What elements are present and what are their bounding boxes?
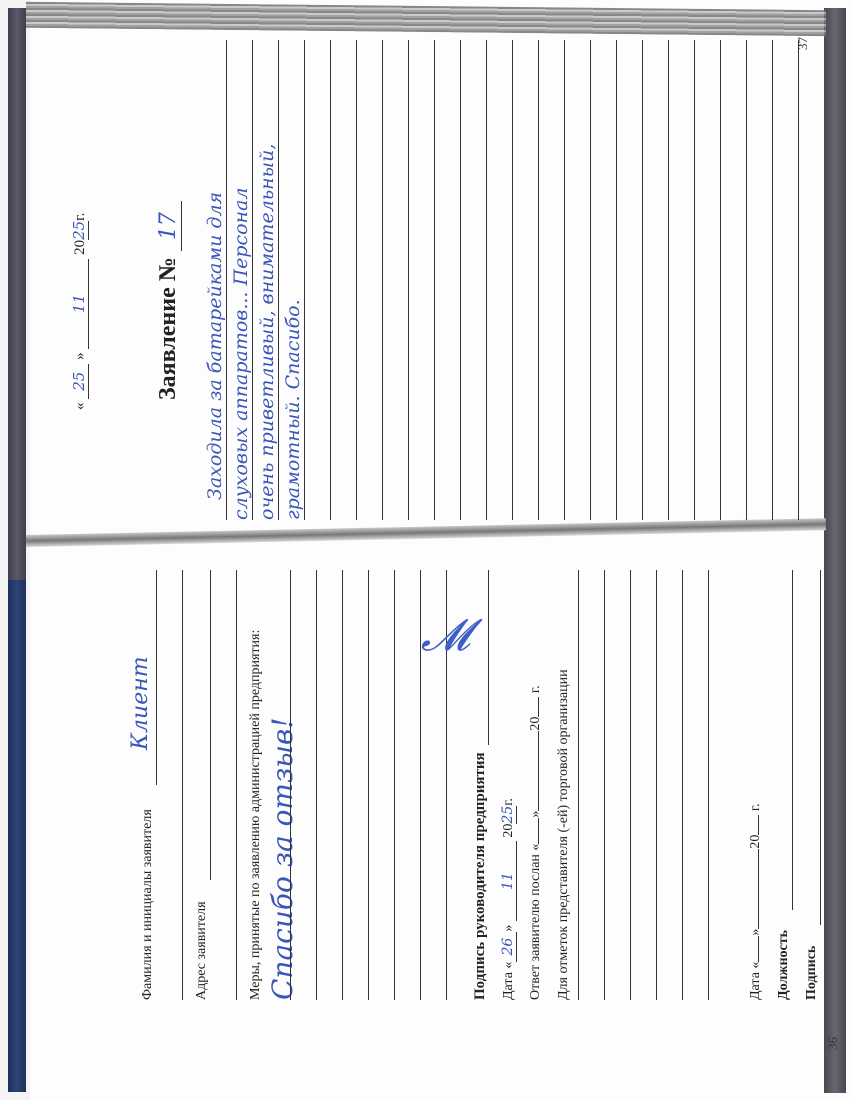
text: Дата «: [748, 962, 763, 1000]
year-unit: г.: [72, 213, 88, 221]
ruled-line: [252, 40, 253, 520]
ruled-line: [330, 40, 331, 520]
complaint-text-line: грамотный. Спасибо.: [280, 40, 306, 520]
label-manager-signature: Подпись руководителя предприятия: [472, 752, 489, 1000]
field-line: [182, 570, 183, 1000]
ruled-line: [368, 570, 369, 1000]
date-month: 11: [500, 841, 517, 921]
ruled-line: [356, 40, 357, 520]
complaint-text-line: Заходила за батарейками для: [202, 20, 228, 500]
label-signature: Подпись: [804, 946, 820, 1000]
ruled-line: [290, 570, 291, 1000]
text: »: [748, 929, 763, 936]
ruled-line: [538, 40, 539, 520]
ruled-line: [408, 40, 409, 520]
ruled-line: [342, 570, 343, 1000]
ruled-line: [460, 40, 461, 520]
quote: »: [72, 352, 88, 360]
ruled-line: [590, 40, 591, 520]
ruled-line: [772, 40, 773, 520]
ruled-line: [668, 40, 669, 520]
field-line: [488, 570, 489, 745]
text: Дата «: [501, 962, 516, 1000]
page-fold-gutter: [26, 518, 826, 547]
reply-sent: Ответ заявителю послан «»20 г.: [528, 685, 544, 1000]
applicant-name-value: Клиент: [128, 656, 153, 750]
notes-date: Дата «»20 г.: [748, 803, 764, 1000]
ruled-line: [642, 40, 643, 520]
label-representative-notes: Для отметок представителя (-ей) торговой…: [556, 669, 572, 1000]
measures-value: Спасибо за отзыв!: [266, 717, 299, 1000]
ruled-line: [708, 570, 709, 1000]
text: 20: [501, 824, 516, 838]
ruled-line: [278, 40, 279, 520]
date-month: 11: [70, 259, 89, 349]
field-line: [236, 570, 237, 1000]
label-applicant-name: Фамилия и инициалы заявителя: [140, 809, 156, 1000]
ruled-line: [682, 570, 683, 1000]
text: 20: [528, 717, 543, 731]
text: г.: [748, 803, 763, 811]
ruled-line: [486, 40, 487, 520]
ruled-line: [694, 40, 695, 520]
decision-date: Дата «26» 11 2025г.: [500, 798, 517, 1000]
title-text: Заявление №: [155, 257, 181, 400]
label-measures-taken: Меры, принятые по заявлению администраци…: [248, 630, 264, 1000]
ruled-line: [656, 570, 657, 1000]
ruled-line: [226, 40, 227, 520]
page-37: « 25 » 11 2025г. Заявление № 17 Заходила…: [60, 30, 820, 520]
year-prefix: 20: [72, 240, 88, 255]
text: Ответ заявителю послан «: [528, 844, 543, 1000]
complaint-text-line: очень приветливый, внимательный,: [254, 40, 280, 520]
text: »: [501, 925, 516, 932]
ruled-line: [578, 570, 579, 1000]
complaint-number: 17: [156, 201, 182, 251]
field-line: [792, 570, 793, 910]
page-number: 36: [825, 1037, 841, 1050]
manager-signature-mark: 𝓜: [421, 610, 470, 661]
label-applicant-address: Адрес заявителя: [194, 901, 210, 1000]
date-year: 25: [70, 221, 89, 240]
field-line: [156, 570, 157, 785]
field-line: [820, 570, 821, 925]
book-cover-edge: [8, 580, 26, 1092]
page-36: Фамилия и инициалы заявителя Клиент Адре…: [120, 560, 830, 1000]
label-position: Должность: [776, 930, 792, 1000]
complaint-title: Заявление № 17: [155, 201, 182, 400]
ruled-line: [604, 570, 605, 1000]
ruled-line: [564, 40, 565, 520]
complaint-date: « 25 » 11 2025г.: [70, 213, 89, 410]
book-spine-top: [8, 8, 26, 608]
ruled-line: [512, 40, 513, 520]
ruled-line: [630, 570, 631, 1000]
complaint-text-line: слуховых аппаратов... Персонал: [228, 40, 254, 520]
text: 20: [748, 835, 763, 849]
date-day: 26: [500, 932, 517, 962]
date-year: 25: [500, 806, 517, 824]
ruled-line: [394, 570, 395, 1000]
ruled-line: [720, 40, 721, 520]
text: г.: [501, 798, 516, 806]
ruled-line: [798, 40, 799, 520]
ruled-line: [434, 40, 435, 520]
ruled-line: [746, 40, 747, 520]
page-number: 37: [795, 37, 811, 50]
text: »: [528, 811, 543, 818]
date-day: 25: [70, 364, 89, 399]
text: г.: [528, 685, 543, 693]
ruled-line: [382, 40, 383, 520]
ruled-line: [616, 40, 617, 520]
ruled-line: [316, 570, 317, 1000]
ruled-line: [304, 40, 305, 520]
field-line: [210, 570, 211, 880]
quote: «: [72, 403, 88, 411]
